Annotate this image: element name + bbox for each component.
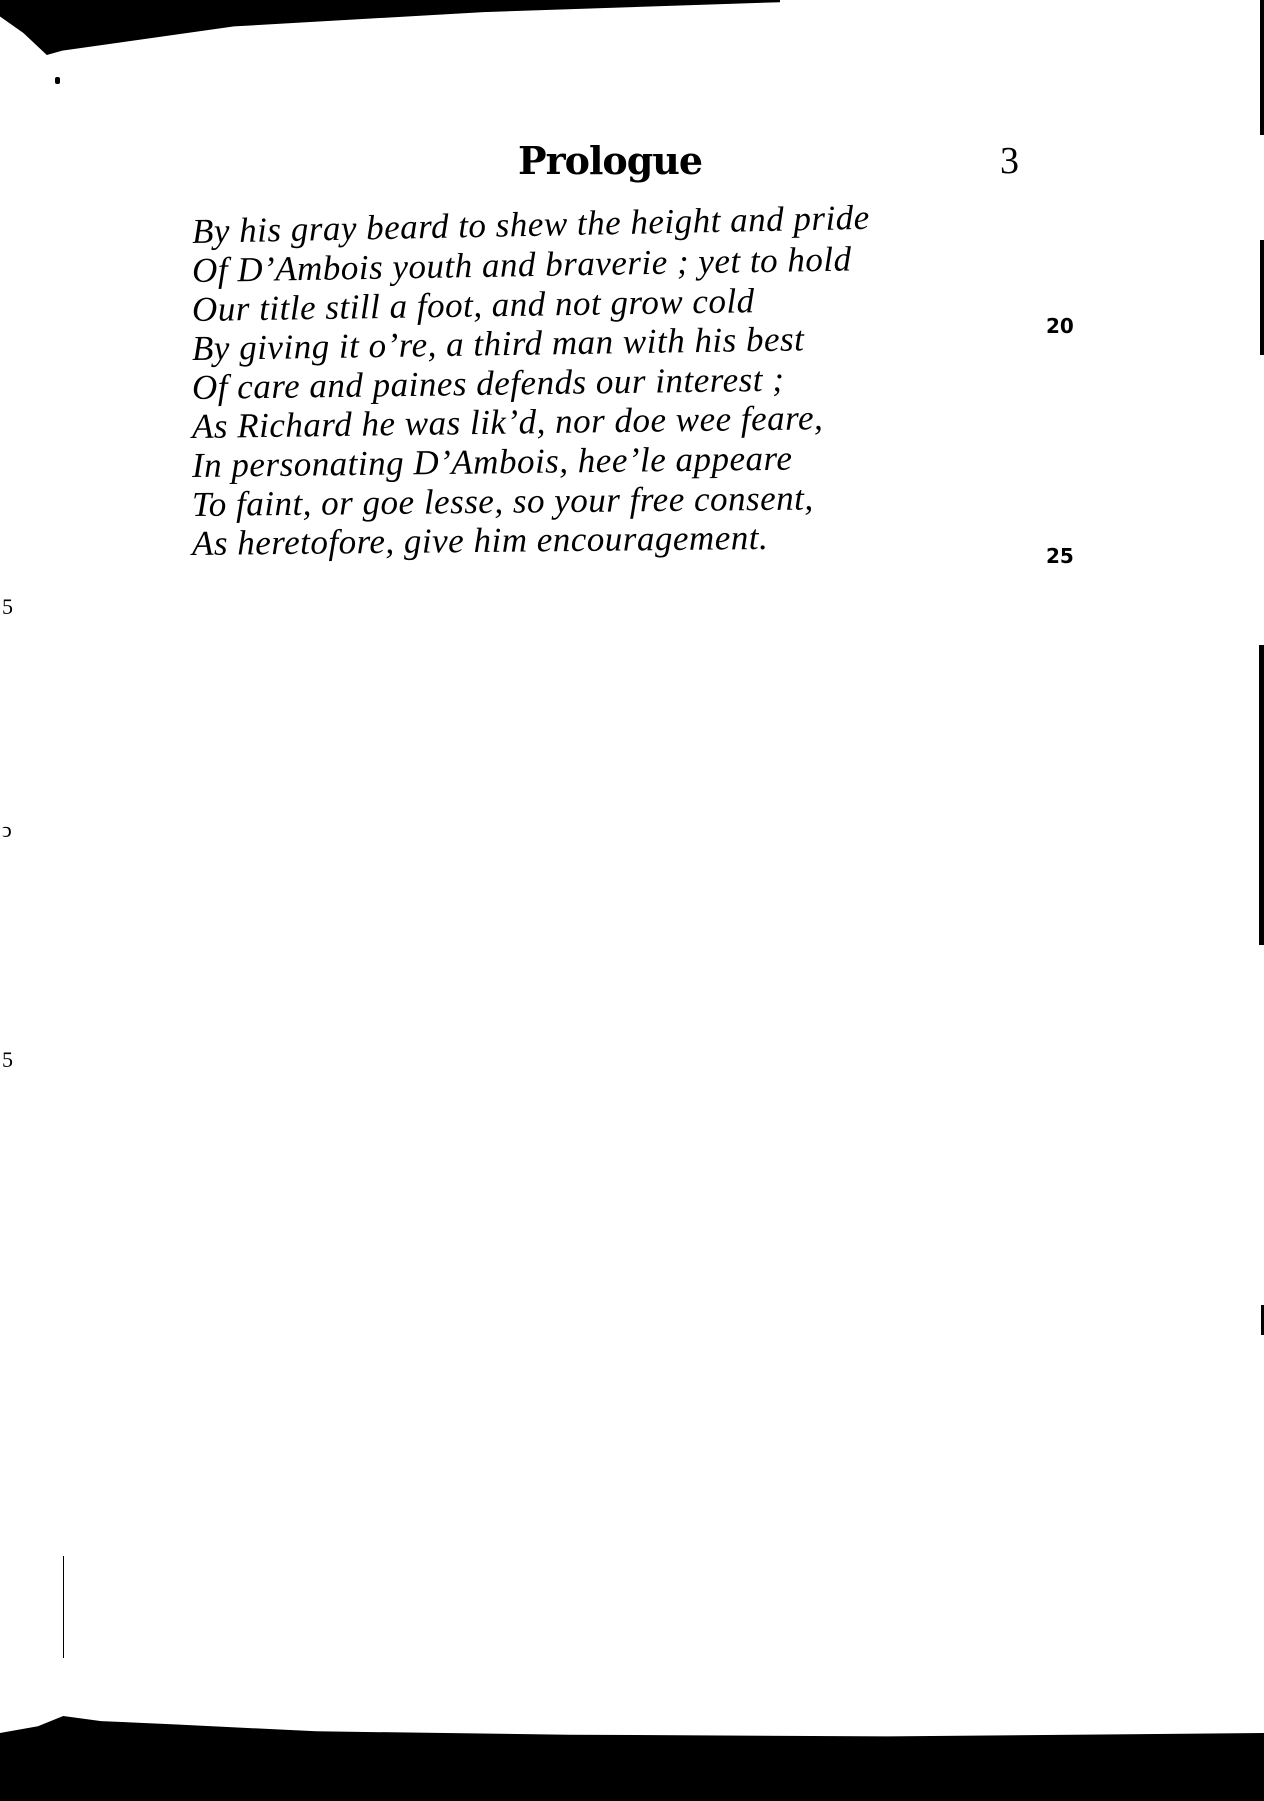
margin-bleed-glyph: 5: [2, 596, 13, 618]
line-number: 20: [1046, 316, 1074, 336]
margin-bleed-glyph: ↄ: [2, 819, 12, 841]
verse-line: As heretofore, give him encouragement.: [192, 516, 992, 563]
margin-rule: [63, 1556, 64, 1658]
running-title: Prologue: [518, 142, 702, 180]
scan-speck: [55, 77, 60, 84]
verse-block: By his gray beard to shew the height and…: [192, 212, 992, 563]
scan-shadow-right: [1260, 240, 1264, 355]
scan-shadow-top: [0, 0, 780, 55]
margin-bleed-glyph: 5: [2, 1049, 13, 1071]
page-number: 3: [1000, 142, 1019, 180]
scan-shadow-right: [1259, 645, 1264, 945]
scan-shadow-bottom: [0, 1716, 1264, 1801]
running-head: Prologue 3: [0, 142, 1264, 192]
scan-shadow-right: [1260, 0, 1264, 135]
line-number: 25: [1046, 546, 1074, 566]
